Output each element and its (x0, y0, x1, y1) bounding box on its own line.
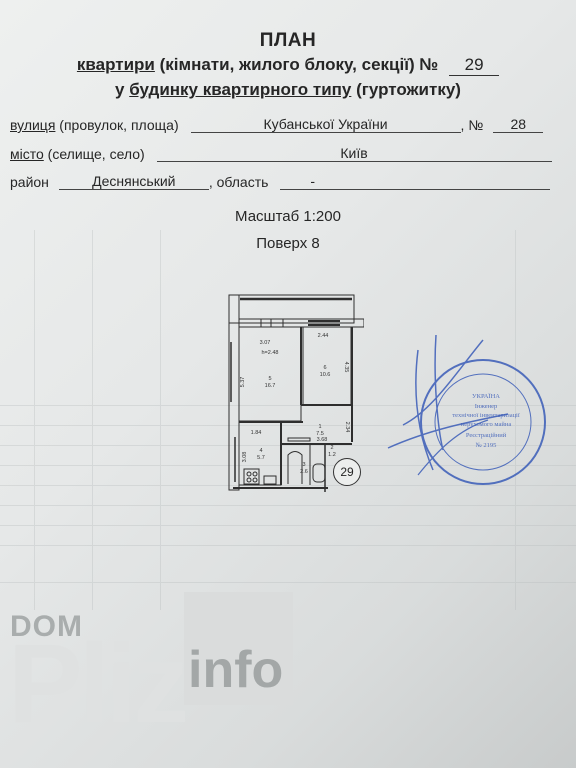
dim-label: 4.35 (343, 362, 349, 373)
street-label-rest: (провулок, площа) (55, 117, 178, 133)
room-area: 2.6 (300, 469, 308, 475)
stamp-line: № 2195 (476, 442, 497, 449)
stamp-line: УКРАЇНА (472, 393, 500, 400)
room-number: 1 (318, 424, 321, 430)
document-title: ПЛАН (0, 30, 576, 52)
dim-label: 1.84 (251, 430, 262, 436)
city-label: місто (10, 146, 44, 162)
dim-label: 3.08 (242, 452, 248, 463)
room-number: 6 (323, 365, 326, 371)
city-label-rest: (селище, село) (44, 146, 145, 162)
house-number: 28 (493, 116, 543, 133)
district-row: район Деснянський, область - (10, 173, 550, 190)
room-area: 16.7 (265, 383, 276, 389)
dim-label: 2.44 (318, 333, 329, 339)
district-value: Деснянський (59, 173, 209, 190)
room-area: 7.5 (316, 431, 324, 437)
room-number: 3 (302, 462, 305, 468)
city-value: Київ (157, 145, 552, 162)
house-number-label: , № (461, 117, 484, 133)
room-number: 4 (259, 448, 262, 454)
room-area: 10.6 (320, 372, 331, 378)
room-area: 5.7 (257, 455, 265, 461)
street-value: Кубанської України (191, 116, 461, 133)
dim-label: 3.07 (260, 340, 271, 346)
building-suffix: (гуртожитку) (351, 80, 461, 99)
watermark-info: info (188, 640, 283, 700)
building-type: будинку квартирного типу (129, 80, 351, 99)
subtitle-prefix: квартири (77, 55, 155, 74)
building-line: у будинку квартирного типу (гуртожитку) (0, 80, 576, 100)
district-label: район (10, 174, 49, 190)
building-prefix: у (115, 80, 129, 99)
apartment-badge: 29 (333, 458, 361, 486)
ceiling-height: h=2.48 (262, 350, 279, 356)
stamp-line: Інженер (475, 403, 498, 410)
stamp-line: технічної інвентаризації (452, 412, 520, 419)
stamp-line: нерухомого майна (461, 421, 512, 428)
floor-label: Поверх 8 (0, 235, 576, 252)
city-row: місто (селище, село) Київ (10, 145, 552, 162)
room-number: 5 (268, 376, 271, 382)
domplizinfo-watermark: DOM Pliz info (8, 592, 298, 742)
region-value: - (280, 173, 550, 190)
official-stamp: УКРАЇНА Інженер технічної інвентаризації… (378, 330, 563, 490)
street-label: вулиця (10, 117, 55, 133)
room-number: 2 (330, 445, 333, 451)
dim-label: 5.37 (240, 377, 246, 388)
stamp-line: Реєстраційний (466, 432, 507, 439)
apartment-number: 29 (449, 55, 499, 76)
dim-label: 3.68 (317, 437, 328, 443)
room-area: 1.2 (328, 452, 336, 458)
dim-label: 2.34 (344, 422, 350, 433)
region-label: , область (209, 174, 269, 190)
street-row: вулиця (провулок, площа) Кубанської Укра… (10, 116, 543, 133)
watermark-pliz: Pliz (8, 628, 185, 740)
apartment-line: квартири (кімнати, жилого блоку, секції)… (0, 55, 576, 76)
subtitle-rest: (кімнати, жилого блоку, секції) № (155, 55, 438, 74)
scale-label: Масштаб 1:200 (0, 208, 576, 225)
